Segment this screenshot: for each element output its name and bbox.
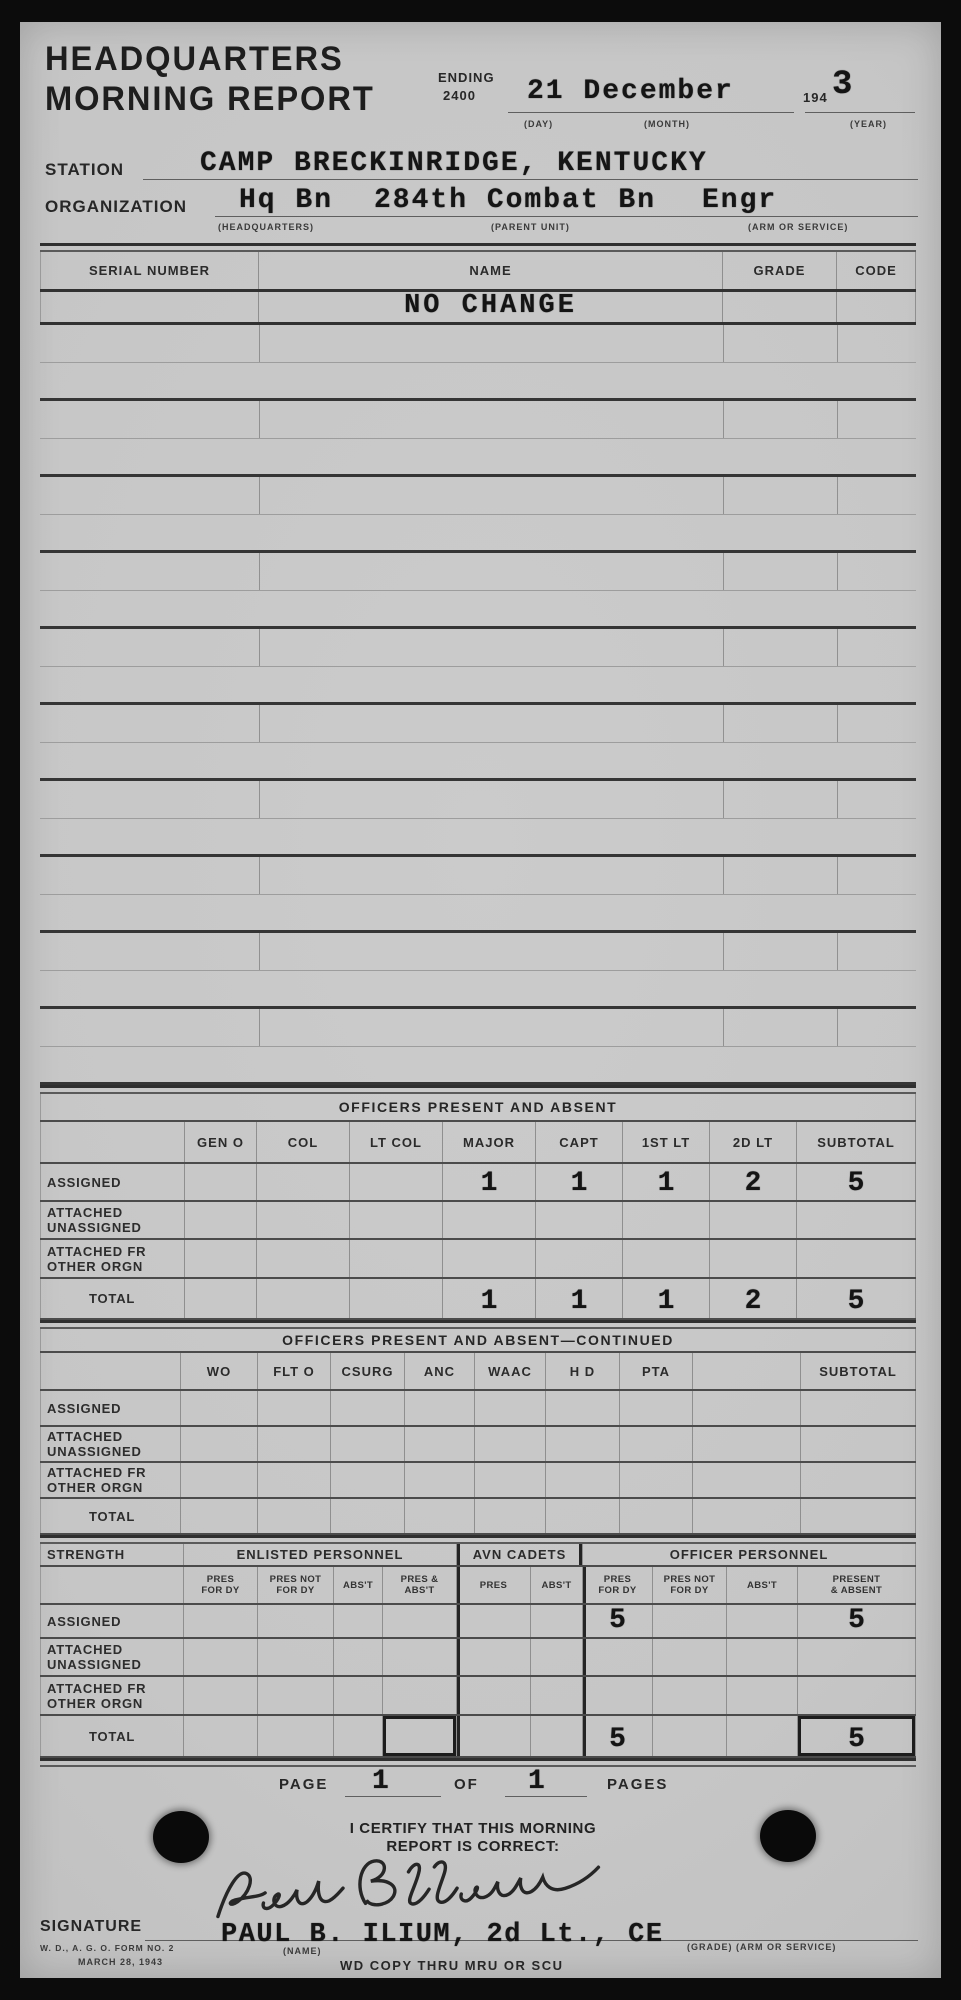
strength-value-cell <box>457 1677 531 1714</box>
column-divider <box>837 781 838 818</box>
strength-value-cell <box>383 1639 457 1675</box>
roster-col-header: NAME <box>259 252 723 289</box>
officers-col-header: 2D LT <box>710 1122 797 1162</box>
total-pages: 1 <box>528 1766 545 1797</box>
scanned-morning-report: HEADQUARTERS MORNING REPORT ENDING 2400 … <box>0 0 961 2000</box>
continued-value-cell <box>801 1391 916 1425</box>
strength-value-cell <box>258 1639 334 1675</box>
officers-col-header: COL <box>257 1122 350 1162</box>
strength-row-label: ATTACHED FROTHER ORGN <box>40 1677 184 1714</box>
page-underline <box>345 1796 441 1797</box>
continued-value-cell <box>801 1499 916 1533</box>
strength-corner-label: STRENGTH <box>40 1544 184 1565</box>
continued-value-cell <box>693 1499 801 1533</box>
strength-col-header: ABS'T <box>531 1567 583 1603</box>
roster-row-lower <box>40 895 916 933</box>
table-cell <box>837 292 916 322</box>
column-divider <box>723 933 724 970</box>
continued-value-cell <box>801 1427 916 1461</box>
strength-value-cell <box>184 1677 258 1714</box>
roster-row-lower <box>40 819 916 857</box>
roster-row-upper <box>40 629 916 667</box>
roster-blank-row <box>40 629 916 705</box>
officers-col-header: SUBTOTAL <box>797 1122 916 1162</box>
officers-value-cell <box>710 1202 797 1238</box>
grade-arm-sublabel: (GRADE) (ARM OR SERVICE) <box>687 1942 836 1952</box>
strength-value-cell: 5 <box>583 1605 653 1637</box>
continued-value-cell <box>693 1427 801 1461</box>
continued-row-label: ATTACHEDUNASSIGNED <box>40 1427 181 1461</box>
table-row: ATTACHEDUNASSIGNED <box>40 1202 916 1240</box>
officers-value-cell <box>185 1240 257 1277</box>
strength-value-cell <box>184 1639 258 1675</box>
continued-value-cell <box>331 1391 405 1425</box>
roster-row-lower <box>40 743 916 781</box>
table-row: ATTACHEDUNASSIGNED <box>40 1639 916 1677</box>
table-row: STRENGTHENLISTED PERSONNELAVN CADETSOFFI… <box>40 1544 916 1567</box>
continued-value-cell <box>258 1463 331 1497</box>
strength-value-cell <box>334 1716 383 1756</box>
continued-value-cell <box>475 1391 546 1425</box>
roster-row-upper <box>40 857 916 895</box>
roster-col-header: GRADE <box>723 252 837 289</box>
continued-row-label: TOTAL <box>40 1499 181 1533</box>
strength-value-cell: 5 <box>583 1716 653 1756</box>
table-cell <box>723 292 837 322</box>
arm-service-sublabel: (ARM OR SERVICE) <box>748 222 848 232</box>
continued-value-cell <box>620 1499 693 1533</box>
table-row: OFFICERS PRESENT AND ABSENT <box>40 1094 916 1122</box>
roster-row-upper <box>40 477 916 515</box>
officers-value-cell <box>350 1240 443 1277</box>
table-row: NO CHANGE <box>40 292 916 325</box>
officers-value-cell <box>710 1240 797 1277</box>
strength-value-cell <box>531 1716 583 1756</box>
strength-col-header: PRES &ABS'T <box>383 1567 457 1603</box>
pages-underline <box>505 1796 587 1797</box>
strength-col-header: PRESFOR DY <box>184 1567 258 1603</box>
continued-value-cell <box>405 1427 475 1461</box>
roster-blank-row <box>40 401 916 477</box>
station-label: STATION <box>45 160 124 180</box>
roster-header-row: SERIAL NUMBERNAMEGRADECODE <box>40 252 916 292</box>
column-divider <box>837 325 838 362</box>
column-divider <box>837 705 838 742</box>
roster-col-header: CODE <box>837 252 916 289</box>
roster-no-change-row: NO CHANGE <box>40 292 916 325</box>
strength-value-cell <box>184 1605 258 1637</box>
strength-value-cell <box>258 1677 334 1714</box>
roster-row-upper <box>40 1009 916 1047</box>
roster-row-upper <box>40 933 916 971</box>
strength-value-cell <box>383 1605 457 1637</box>
officers-value-cell <box>350 1202 443 1238</box>
column-divider <box>259 1009 260 1046</box>
table-row: ATTACHED FROTHER ORGN <box>40 1677 916 1716</box>
continued-value-cell <box>475 1499 546 1533</box>
strength-value-cell <box>653 1716 727 1756</box>
strength-col-header: PRESFOR DY <box>583 1567 653 1603</box>
officers-value-cell <box>185 1279 257 1318</box>
table-row: TOTAL <box>40 1499 916 1535</box>
officers-value-cell: 1 <box>623 1279 710 1318</box>
enlisted-group-header: ENLISTED PERSONNEL <box>184 1544 457 1565</box>
continued-value-cell <box>405 1463 475 1497</box>
strength-value-cell <box>258 1605 334 1637</box>
organization-arm-value: Engr <box>702 185 777 216</box>
continued-value-cell <box>546 1463 620 1497</box>
organization-label: ORGANIZATION <box>45 197 187 217</box>
officers-col-header: LT COL <box>350 1122 443 1162</box>
roster-blank-row <box>40 781 916 857</box>
strength-value-cell <box>383 1677 457 1714</box>
continued-value-cell <box>693 1463 801 1497</box>
continued-value-cell <box>546 1427 620 1461</box>
officers-value-cell <box>350 1164 443 1200</box>
strength-value-cell <box>583 1639 653 1675</box>
continued-value-cell <box>620 1427 693 1461</box>
avn-cadets-group-header: AVN CADETS <box>457 1544 583 1565</box>
continued-value-cell <box>620 1463 693 1497</box>
column-divider <box>837 401 838 438</box>
summary-tables: OFFICERS PRESENT AND ABSENTGEN OCOLLT CO… <box>40 1085 916 1767</box>
column-divider <box>837 477 838 514</box>
year-prefix: 194 <box>803 90 828 105</box>
officers-value-cell <box>257 1240 350 1277</box>
year-label: (YEAR) <box>850 119 887 129</box>
column-divider <box>723 857 724 894</box>
roster-blank-row <box>40 933 916 1009</box>
officers-value-cell: 5 <box>797 1164 916 1200</box>
continued-value-cell <box>181 1499 258 1533</box>
continued-value-cell <box>331 1463 405 1497</box>
table-cell <box>40 292 259 322</box>
table-row: ATTACHED FROTHER ORGN <box>40 1240 916 1279</box>
officers-value-cell <box>257 1164 350 1200</box>
strength-col-header: ABS'T <box>334 1567 383 1603</box>
table-cell <box>40 1567 184 1603</box>
roster-row-upper <box>40 553 916 591</box>
table-cell <box>40 1122 185 1162</box>
continued-row-label: ASSIGNED <box>40 1391 181 1425</box>
officers-table-title: OFFICERS PRESENT AND ABSENT <box>40 1094 916 1120</box>
column-divider <box>837 933 838 970</box>
officers-value-cell <box>185 1202 257 1238</box>
column-divider <box>723 477 724 514</box>
column-divider <box>723 781 724 818</box>
column-divider <box>837 857 838 894</box>
strength-value-cell <box>531 1639 583 1675</box>
table-row: TOTAL55 <box>40 1716 916 1758</box>
officers-value-cell <box>350 1279 443 1318</box>
form-title-line1: HEADQUARTERS <box>45 40 344 79</box>
strength-value-cell <box>531 1605 583 1637</box>
double-rule <box>40 1320 916 1329</box>
column-divider <box>259 629 260 666</box>
continued-col-header: SUBTOTAL <box>801 1353 916 1389</box>
table-row: ASSIGNED <box>40 1391 916 1427</box>
continued-col-header: FLT O <box>258 1353 331 1389</box>
officers-value-cell <box>623 1202 710 1238</box>
strength-value-cell <box>727 1639 798 1675</box>
column-divider <box>259 857 260 894</box>
roster-blank-row <box>40 325 916 401</box>
officers-row-label: ASSIGNED <box>40 1164 185 1200</box>
officers-value-cell <box>443 1240 536 1277</box>
continued-col-header: CSURG <box>331 1353 405 1389</box>
roster-blank-row <box>40 705 916 781</box>
roster-col-header: SERIAL NUMBER <box>40 252 259 289</box>
ending-label: ENDING <box>438 70 495 85</box>
continued-col-header <box>693 1353 801 1389</box>
continued-value-cell <box>405 1391 475 1425</box>
officers-value-cell: 2 <box>710 1164 797 1200</box>
column-divider <box>837 553 838 590</box>
continued-value-cell <box>258 1427 331 1461</box>
roster-blank-row <box>40 553 916 629</box>
strength-value-cell <box>258 1716 334 1756</box>
roster-top-rule <box>40 243 916 252</box>
roster-row-lower <box>40 439 916 477</box>
strength-value-cell <box>457 1639 531 1675</box>
continued-col-header: WO <box>181 1353 258 1389</box>
officers-value-cell <box>257 1202 350 1238</box>
strength-value-cell <box>653 1605 727 1637</box>
column-divider <box>837 1009 838 1046</box>
strength-row-label: TOTAL <box>40 1716 184 1756</box>
roster-row-upper <box>40 781 916 819</box>
distribution-note: WD COPY THRU MRU OR SCU <box>340 1958 563 1973</box>
table-row: ASSIGNED11125 <box>40 1164 916 1202</box>
officers-row-label: ATTACHED FROTHER ORGN <box>40 1240 185 1277</box>
table-row: ASSIGNED55 <box>40 1605 916 1639</box>
form-number: W. D., A. G. O. FORM NO. 2 <box>40 1943 174 1953</box>
double-rule <box>40 1758 916 1767</box>
strength-value-cell <box>653 1677 727 1714</box>
officers-value-cell <box>257 1279 350 1318</box>
continued-value-cell <box>331 1499 405 1533</box>
date-underline <box>508 112 794 113</box>
parent-unit-sublabel: (PARENT UNIT) <box>491 222 570 232</box>
officers-row-label: TOTAL <box>40 1279 185 1318</box>
table-row: PRESFOR DYPRES NOTFOR DYABS'TPRES &ABS'T… <box>40 1567 916 1605</box>
officers-value-cell: 5 <box>797 1279 916 1318</box>
officers-value-cell: 1 <box>536 1164 623 1200</box>
strength-value-cell: 5 <box>798 1605 916 1637</box>
month-label: (MONTH) <box>644 119 690 129</box>
roster-blank-row <box>40 477 916 553</box>
strength-value-cell <box>727 1716 798 1756</box>
year-value: 3 <box>832 66 852 104</box>
page-label: PAGE <box>279 1776 328 1793</box>
strength-col-header: ABS'T <box>727 1567 798 1603</box>
station-underline <box>143 179 918 180</box>
continued-col-header: PTA <box>620 1353 693 1389</box>
year-underline <box>805 112 915 113</box>
name-sublabel: (NAME) <box>283 1946 322 1956</box>
signature-label: SIGNATURE <box>40 1918 142 1936</box>
column-divider <box>259 781 260 818</box>
table-row: GEN OCOLLT COLMAJORCAPT1ST LT2D LTSUBTOT… <box>40 1122 916 1164</box>
roster-row-lower <box>40 971 916 1009</box>
continued-value-cell <box>546 1391 620 1425</box>
strength-value-cell <box>727 1677 798 1714</box>
officers-col-header: GEN O <box>185 1122 257 1162</box>
roster-row-lower <box>40 1047 916 1085</box>
column-divider <box>723 553 724 590</box>
strength-value-cell <box>531 1677 583 1714</box>
roster-blank-row <box>40 1009 916 1085</box>
roster-row-lower <box>40 591 916 629</box>
roster-row-upper <box>40 401 916 439</box>
table-row: ATTACHED FROTHER ORGN <box>40 1463 916 1499</box>
headquarters-sublabel: (HEADQUARTERS) <box>218 222 314 232</box>
certify-line1: I CERTIFY THAT THIS MORNING <box>350 1820 596 1838</box>
table-row: ATTACHEDUNASSIGNED <box>40 1427 916 1463</box>
column-divider <box>259 325 260 362</box>
officers-value-cell <box>623 1240 710 1277</box>
officers-col-header: MAJOR <box>443 1122 536 1162</box>
continued-value-cell <box>546 1499 620 1533</box>
officers-value-cell <box>536 1202 623 1238</box>
no-change-entry: NO CHANGE <box>259 292 723 322</box>
continued-value-cell <box>181 1391 258 1425</box>
organization-underline <box>215 216 918 217</box>
strength-row-label: ASSIGNED <box>40 1605 184 1637</box>
date-value: 21 December <box>527 76 734 107</box>
continued-col-header: WAAC <box>475 1353 546 1389</box>
roster-blank-rows <box>40 325 916 1085</box>
form-date: MARCH 28, 1943 <box>78 1957 163 1967</box>
strength-col-header: PRESENT& ABSENT <box>798 1567 916 1603</box>
column-divider <box>259 401 260 438</box>
continued-value-cell <box>693 1391 801 1425</box>
strength-row-label: ATTACHEDUNASSIGNED <box>40 1639 184 1675</box>
station-value: CAMP BRECKINRIDGE, KENTUCKY <box>200 148 708 179</box>
continued-value-cell <box>258 1391 331 1425</box>
strength-value-cell <box>583 1677 653 1714</box>
strength-value-cell: 5 <box>798 1716 916 1756</box>
roster-table: SERIAL NUMBERNAMEGRADECODE NO CHANGE <box>40 243 916 1085</box>
table-row: OFFICERS PRESENT AND ABSENT—CONTINUED <box>40 1329 916 1353</box>
column-divider <box>837 629 838 666</box>
strength-value-cell <box>798 1677 916 1714</box>
roster-row-lower <box>40 667 916 705</box>
page-number: 1 <box>372 1766 389 1797</box>
officers-value-cell <box>443 1202 536 1238</box>
continued-value-cell <box>405 1499 475 1533</box>
double-rule <box>40 1085 916 1094</box>
officers-continued-title: OFFICERS PRESENT AND ABSENT—CONTINUED <box>40 1329 916 1351</box>
continued-col-header: ANC <box>405 1353 475 1389</box>
strength-value-cell <box>383 1716 457 1756</box>
strength-col-header: PRES NOTFOR DY <box>653 1567 727 1603</box>
continued-value-cell <box>620 1391 693 1425</box>
strength-value-cell <box>457 1605 531 1637</box>
officers-col-header: CAPT <box>536 1122 623 1162</box>
column-divider <box>723 1009 724 1046</box>
continued-value-cell <box>801 1463 916 1497</box>
officers-value-cell: 2 <box>710 1279 797 1318</box>
officers-value-cell: 1 <box>623 1164 710 1200</box>
column-divider <box>723 325 724 362</box>
continued-value-cell <box>181 1463 258 1497</box>
strength-value-cell <box>727 1605 798 1637</box>
officers-value-cell: 1 <box>443 1164 536 1200</box>
officers-value-cell: 1 <box>536 1279 623 1318</box>
column-divider <box>723 705 724 742</box>
continued-value-cell <box>475 1463 546 1497</box>
officers-value-cell <box>536 1240 623 1277</box>
ending-time: 2400 <box>443 88 476 103</box>
officer-group-header: OFFICER PERSONNEL <box>583 1544 916 1565</box>
strength-value-cell <box>334 1677 383 1714</box>
table-row: TOTAL11125 <box>40 1279 916 1320</box>
form-title-line2: MORNING REPORT <box>45 80 375 119</box>
roster-row-lower <box>40 515 916 553</box>
punch-hole-left <box>153 1811 209 1863</box>
strength-value-cell <box>457 1716 531 1756</box>
double-rule <box>40 1535 916 1544</box>
column-divider <box>259 933 260 970</box>
continued-value-cell <box>181 1427 258 1461</box>
continued-row-label: ATTACHED FROTHER ORGN <box>40 1463 181 1497</box>
continued-value-cell <box>258 1499 331 1533</box>
strength-col-header: PRES <box>457 1567 531 1603</box>
strength-value-cell <box>184 1716 258 1756</box>
roster-blank-row <box>40 857 916 933</box>
of-label: OF <box>454 1776 479 1793</box>
officers-row-label: ATTACHEDUNASSIGNED <box>40 1202 185 1238</box>
punch-hole-right <box>760 1810 816 1862</box>
officers-value-cell <box>797 1240 916 1277</box>
organization-hq-value: Hq Bn <box>239 185 333 216</box>
continued-value-cell <box>331 1427 405 1461</box>
officers-value-cell <box>797 1202 916 1238</box>
strength-value-cell <box>334 1605 383 1637</box>
officers-value-cell: 1 <box>443 1279 536 1318</box>
continued-value-cell <box>475 1427 546 1461</box>
roster-row-upper <box>40 705 916 743</box>
column-divider <box>259 705 260 742</box>
column-divider <box>723 401 724 438</box>
handwritten-signature <box>204 1845 606 1929</box>
column-divider <box>259 477 260 514</box>
organization-parent-value: 284th Combat Bn <box>374 185 656 216</box>
table-row: WOFLT OCSURGANCWAACH DPTASUBTOTAL <box>40 1353 916 1391</box>
strength-value-cell <box>798 1639 916 1675</box>
officers-value-cell <box>185 1164 257 1200</box>
strength-value-cell <box>334 1639 383 1675</box>
strength-col-header: PRES NOTFOR DY <box>258 1567 334 1603</box>
day-label: (DAY) <box>524 119 553 129</box>
roster-row-lower <box>40 363 916 401</box>
column-divider <box>723 629 724 666</box>
roster-row-upper <box>40 325 916 363</box>
column-divider <box>259 553 260 590</box>
continued-col-header: H D <box>546 1353 620 1389</box>
pages-label: PAGES <box>607 1776 668 1793</box>
officers-col-header: 1ST LT <box>623 1122 710 1162</box>
table-cell <box>40 1353 181 1389</box>
table-row: SERIAL NUMBERNAMEGRADECODE <box>40 252 916 292</box>
strength-value-cell <box>653 1639 727 1675</box>
